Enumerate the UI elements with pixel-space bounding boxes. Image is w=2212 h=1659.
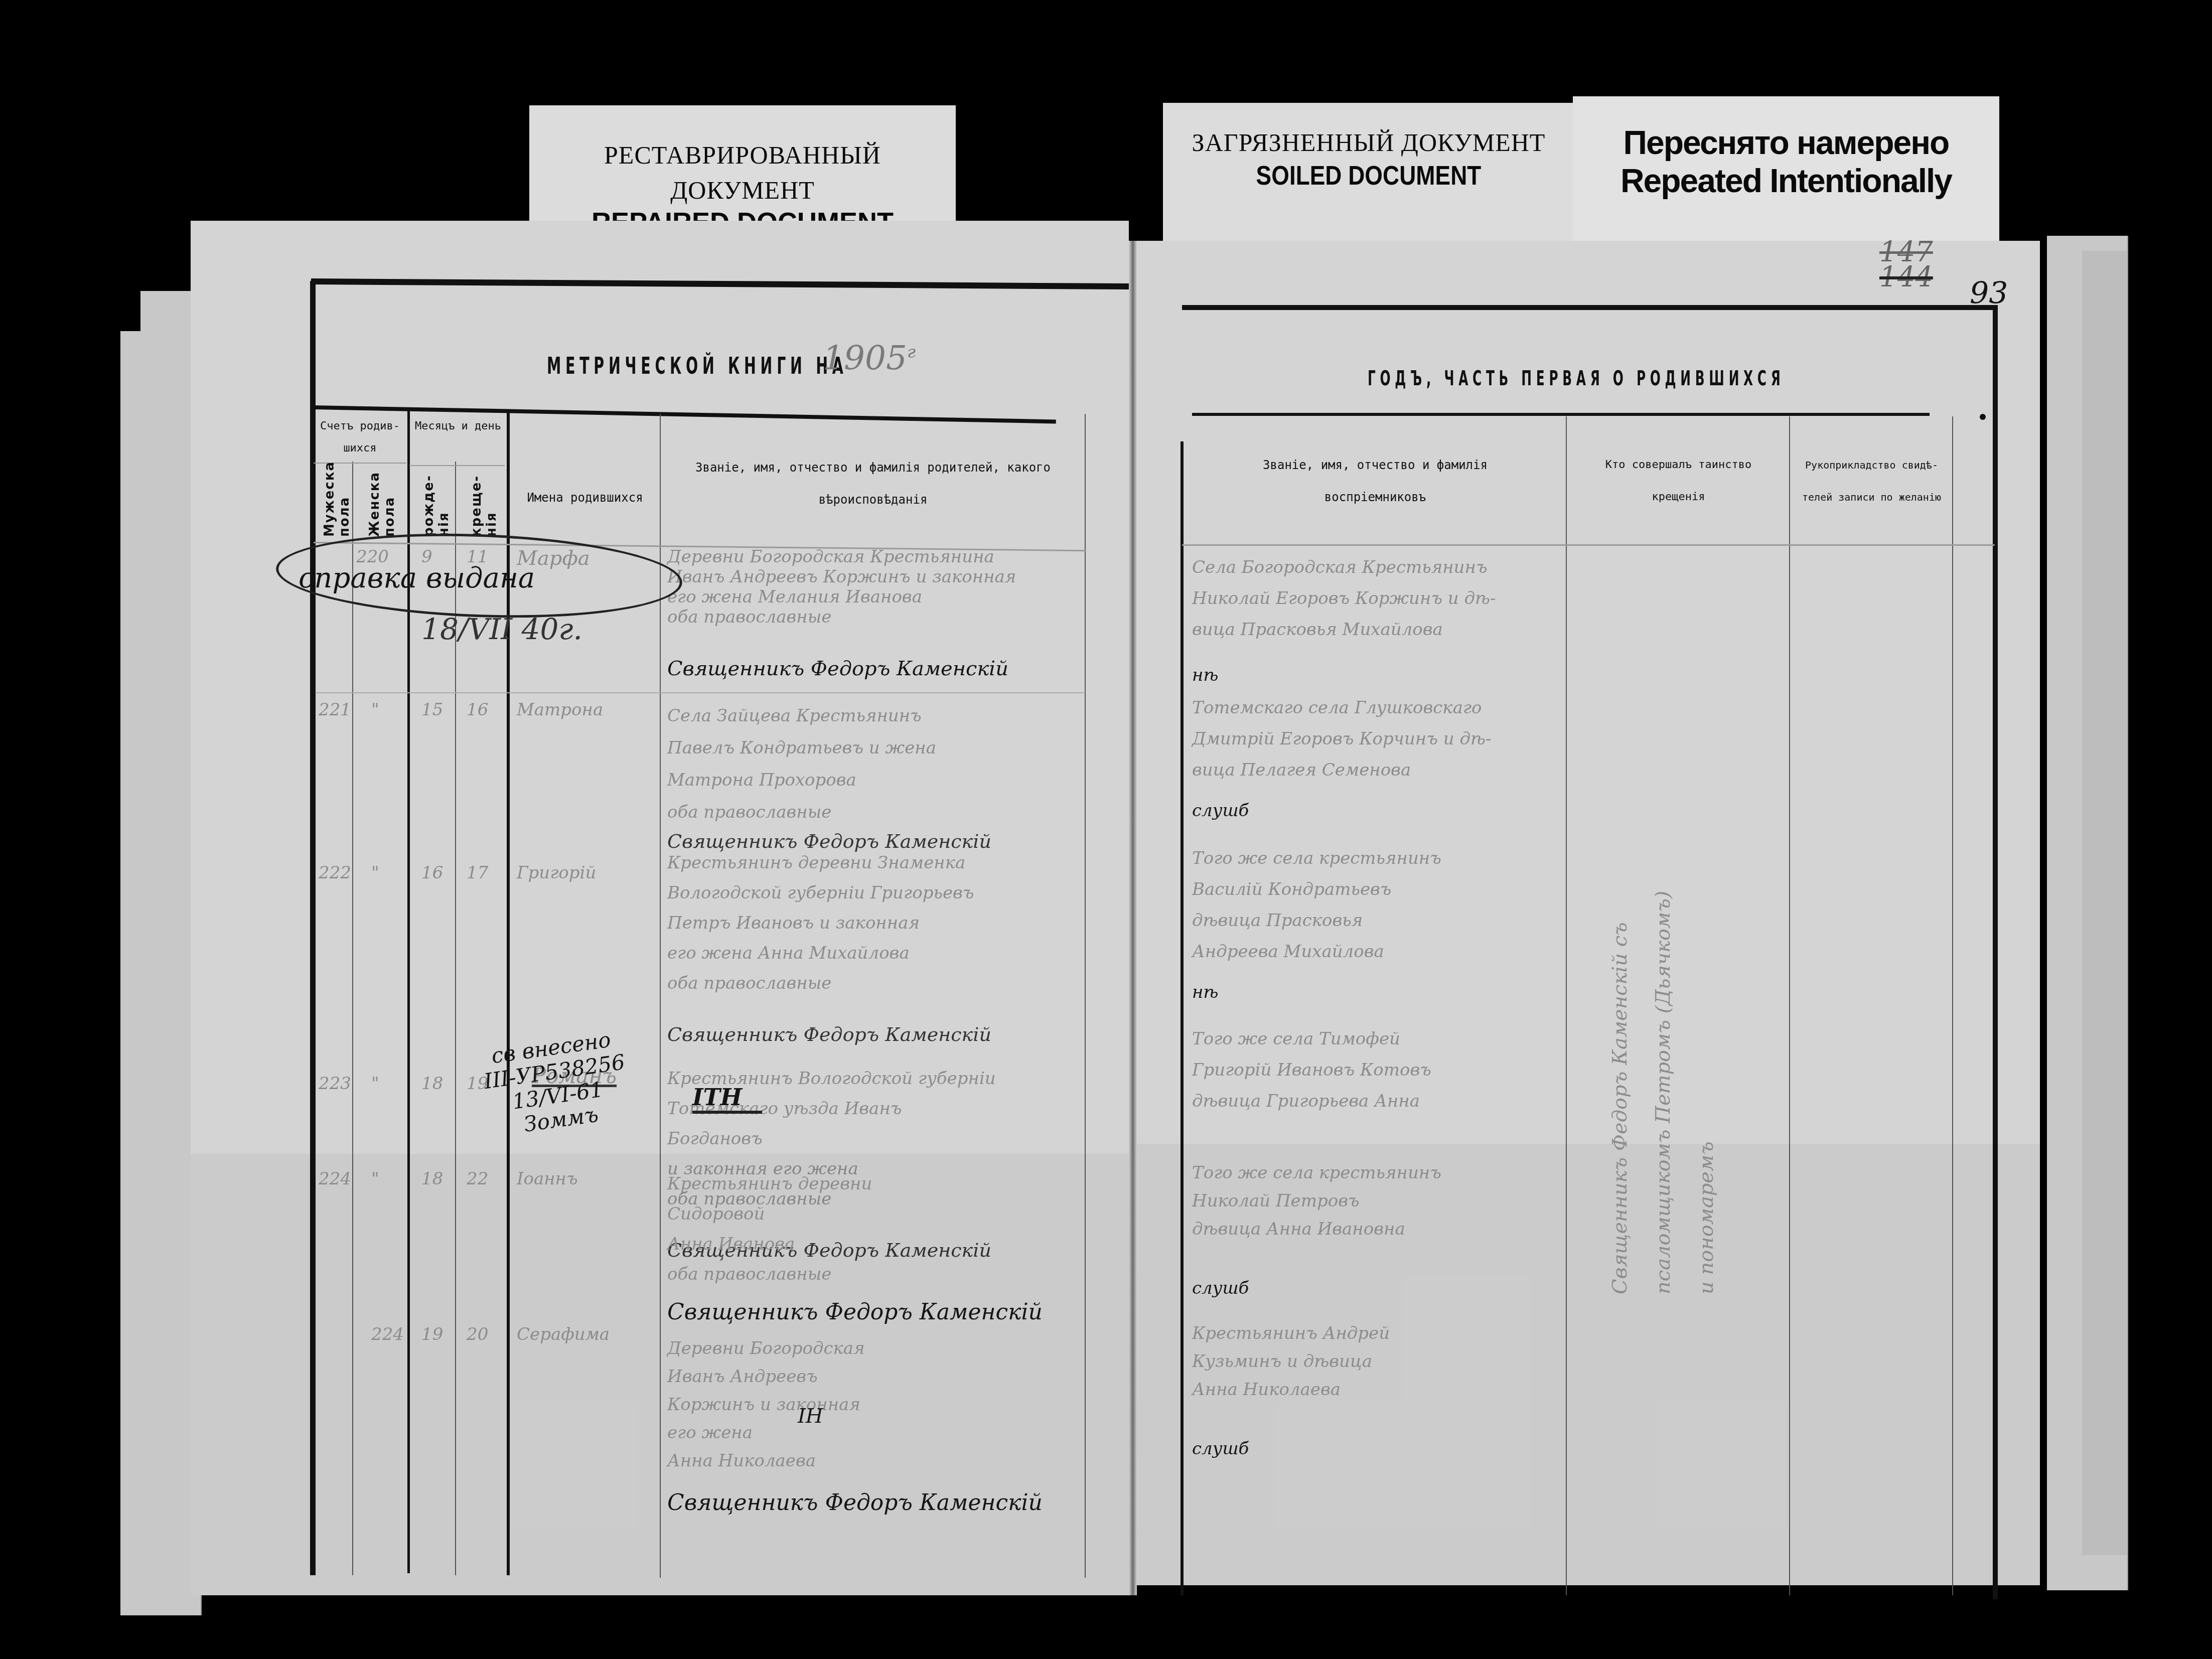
binding-dot: [1980, 414, 1986, 420]
godparents-entry-3: Того же села крестьянинъ Василій Кондрат…: [1192, 843, 1441, 1002]
header-count-male: Мужеска пола: [322, 472, 352, 537]
header-count-group: Счетъ родив-шихся: [314, 415, 406, 460]
entry-2-parents-line4: оба православные: [667, 796, 936, 828]
entry-3-signature: Священникъ Федоръ Каменскій: [667, 1023, 991, 1045]
entry-4-parents-line3: Богдановъ: [667, 1124, 996, 1154]
small-mark: ІН: [798, 1405, 823, 1428]
entry-4-birth: 18: [421, 1074, 443, 1094]
entry-5-parents-line3: Анна Иванова: [667, 1229, 872, 1259]
entry-2-parents-line1: Села Зайцева Крестьянинъ: [667, 700, 936, 732]
repeated-card-en: Repeated Intentionally: [1573, 162, 1999, 200]
entry-2-female-count: ": [371, 700, 379, 720]
godparents-entry-5: Того же села крестьянинъ Николай Петровъ…: [1192, 1159, 1441, 1298]
header-performer-line1: Кто совершалъ таинство: [1567, 449, 1790, 481]
godparents-6-mark: слушб: [1192, 1439, 1390, 1459]
header-godparents-line1: Званіе, имя, отчество и фамилія: [1182, 449, 1568, 481]
godparents-3-line4: Андреева Михайлова: [1192, 936, 1441, 967]
year-value: 1905: [823, 339, 907, 377]
godparents-5-line2: Николай Петровъ: [1192, 1187, 1441, 1215]
entry-4-male-count: 223: [319, 1074, 351, 1094]
entry-2-parents-line3: Матрона Прохорова: [667, 764, 936, 796]
entry-5-name: Іоаннъ: [517, 1169, 578, 1189]
right-title-text: ГОДЪ, ЧАСТЬ ПЕРВАЯ О РОДИВШИХСЯ: [1368, 367, 1785, 390]
header-parents: Званіе, имя, отчество и фамилія родителе…: [662, 451, 1084, 516]
underlined-mark: ІТН: [692, 1084, 762, 1114]
entry-3-parents-line4: его жена Анна Михайлова: [667, 938, 974, 968]
soiled-card-ru: ЗАГРЯЗНЕННЫЙ ДОКУМЕНТ: [1163, 128, 1574, 157]
entry-5-female-count: ": [371, 1169, 379, 1189]
row-rule: [316, 692, 1084, 693]
godparents-1-line3: вица Прасковья Михайлова: [1192, 614, 1496, 645]
entry-4-female-count: ": [371, 1074, 379, 1094]
godparents-4-line1: Того же села Тимофей: [1192, 1023, 1431, 1054]
godparents-entry-4: Того же села Тимофей Григорій Ивановъ Ко…: [1192, 1023, 1431, 1117]
entry-2: 221 " 15 16 Матрона Села Зайцева Крестья…: [316, 700, 1084, 865]
entry-1-parents-line1: Деревни Богородская Крестьянина: [667, 547, 1016, 567]
circled-date: 18/VII 40г.: [421, 612, 582, 646]
circled-note: справка выдана: [299, 562, 535, 594]
entry-1-parents-line3: его жена Мелания Иванова: [667, 587, 1016, 607]
entry-3-parents-line3: Петръ Ивановъ и законная: [667, 908, 974, 938]
repaired-card-ru-line2: ДОКУМЕНТ: [529, 176, 956, 205]
entry-6-parents-line3: Коржинъ и законная: [667, 1391, 865, 1419]
repeated-intentionally-card: Переснято намерено Repeated Intentionall…: [1573, 96, 1999, 252]
godparents-1-line2: Николай Егоровъ Коржинъ и дѣ-: [1192, 583, 1496, 614]
godparents-3-line1: Того же села крестьянинъ: [1192, 843, 1441, 874]
entry-6-female-count: 224: [371, 1324, 404, 1344]
performer-vertical-note: Священникъ Федоръ Каменскій съ псаломщик…: [1608, 542, 1718, 1294]
soiled-card-en: SOILED DOCUMENT: [1194, 160, 1544, 191]
entry-3-parents-line5: оба православные: [667, 968, 974, 998]
vertical-note-line2: псаломщикомъ Петромъ (Дьячкомъ): [1652, 542, 1675, 1294]
godparents-3-mark: нѣ: [1192, 982, 1441, 1002]
right-frame-top: [1182, 305, 1996, 310]
godparents-6-line1: Крестьянинъ Андрей: [1192, 1319, 1390, 1347]
right-page: 147 144 93 ГОДЪ, ЧАСТЬ ПЕРВАЯ О РОДИВШИХ…: [1137, 241, 2040, 1585]
vertical-note-line3: и пономаремъ: [1695, 542, 1718, 1294]
godparents-5-line3: дѣвица Анна Ивановна: [1192, 1215, 1441, 1243]
left-frame-top: [311, 278, 1129, 289]
entry-5-parents-line4: оба православные: [667, 1259, 872, 1289]
entry-5-parents: Крестьянинъ деревни Сидоровой Анна Ивано…: [667, 1169, 872, 1289]
entry-6-birth: 19: [421, 1324, 443, 1344]
entry-3-baptism: 17: [467, 863, 488, 883]
header-parents-line2: вѣроисповѣданія: [662, 484, 1084, 516]
godparents-entry-1: Села Богородская Крестьянинъ Николай Его…: [1192, 552, 1496, 685]
header-performer: Кто совершалъ таинство крещенія: [1567, 449, 1790, 513]
godparents-1-mark: нѣ: [1192, 665, 1496, 685]
godparents-3-line3: дѣвица Прасковья: [1192, 905, 1441, 936]
header-performer-line2: крещенія: [1567, 481, 1790, 513]
godparents-2-line3: вица Пелагея Семенова: [1192, 755, 1491, 786]
godparents-5-line1: Того же села крестьянинъ: [1192, 1159, 1441, 1187]
godparents-4-line2: Григорій Ивановъ Котовъ: [1192, 1054, 1431, 1086]
header-witnesses-line1: Рукоприкладство свидѣ-: [1790, 449, 1953, 481]
entry-3-parents: Крестьянинъ деревни Знаменка Вологодской…: [667, 848, 974, 998]
entry-1-parents: Деревни Богородская Крестьянина Иванъ Ан…: [667, 547, 1016, 627]
entry-2-parents-line2: Павелъ Кондратьевъ и жена: [667, 732, 936, 764]
entry-2-birth: 15: [421, 700, 443, 720]
godparents-entry-6: Крестьянинъ Андрей Кузьминъ и дѣвица Анн…: [1192, 1319, 1390, 1459]
entry-6-signature: Священникъ Федоръ Каменскій: [667, 1490, 1043, 1516]
entry-3-name: Григорій: [517, 863, 596, 883]
entry-6-parents-line4: его жена: [667, 1419, 865, 1447]
left-page: МЕТРИЧЕСКОЙ КНИГИ НА 1905г Счетъ родив-ш…: [191, 221, 1129, 1595]
godparents-3-line2: Василій Кондратьевъ: [1192, 874, 1441, 905]
right-page-title: ГОДЪ, ЧАСТЬ ПЕРВАЯ О РОДИВШИХСЯ: [1368, 367, 2040, 402]
entry-3-parents-line2: Вологодской губерніи Григорьевъ: [667, 878, 974, 908]
folio-struck: 144: [1879, 261, 1933, 293]
entry-3-female-count: ": [371, 863, 379, 883]
entry-2-male-count: 221: [319, 700, 351, 720]
entry-6-parents: Деревни Богородская Иванъ Андреевъ Коржи…: [667, 1334, 865, 1475]
godparents-1-line1: Села Богородская Крестьянинъ: [1192, 552, 1496, 583]
entry-2-name: Матрона: [517, 700, 603, 720]
header-count-female: Женска пола: [367, 472, 397, 537]
header-date-group: Месяцъ и день: [409, 415, 507, 437]
godparents-6-line3: Анна Николаева: [1192, 1376, 1390, 1404]
entry-1-signature: Священникъ Федоръ Каменскій: [667, 657, 1008, 680]
header-witnesses-line2: телей записи по желанію: [1790, 481, 1953, 513]
entry-5-signature: Священникъ Федоръ Каменскій: [667, 1299, 1043, 1325]
subheader-rule-date: [409, 465, 505, 466]
entry-2-parents: Села Зайцева Крестьянинъ Павелъ Кондрать…: [667, 700, 936, 828]
godparents-2-line1: Тотемскаго села Глушковскаго: [1192, 692, 1491, 723]
entry-6-name: Серафима: [517, 1324, 610, 1344]
entry-6-parents-line2: Иванъ Андреевъ: [667, 1363, 865, 1391]
entry-5-male-count: 224: [319, 1169, 351, 1189]
right-header-bottom-rule: [1182, 544, 1995, 546]
entry-6-parents-line1: Деревни Богородская: [667, 1334, 865, 1363]
title-text: МЕТРИЧЕСКОЙ КНИГИ НА: [547, 352, 847, 379]
header-godparents: Званіе, имя, отчество и фамилія воспріем…: [1182, 449, 1568, 513]
godparents-4-line3: дѣвица Григорьева Анна: [1192, 1086, 1431, 1117]
year-suffix: г: [907, 342, 916, 362]
header-date-baptism: креще-нія: [469, 472, 499, 537]
entry-5-baptism: 22: [467, 1169, 488, 1189]
left-page-title: МЕТРИЧЕСКОЙ КНИГИ НА: [547, 352, 1032, 387]
godparents-entry-2: Тотемскаго села Глушковскаго Дмитрій Его…: [1192, 692, 1491, 821]
entry-2-baptism: 16: [467, 700, 488, 720]
entry-5-parents-line2: Сидоровой: [667, 1199, 872, 1229]
header-parents-line1: Званіе, имя, отчество и фамилія родителе…: [662, 451, 1084, 484]
godparents-5-mark: слушб: [1192, 1278, 1441, 1298]
entry-3-male-count: 222: [319, 863, 351, 883]
entry-6-baptism: 20: [467, 1324, 488, 1344]
entry-6: 224 19 20 Серафима Деревни Богородская И…: [316, 1324, 1084, 1535]
entry-3: 222 " 16 17 Григорій Крестьянинъ деревни…: [316, 863, 1084, 1053]
page-stack-right-2: [2082, 251, 2128, 1555]
entry-6-parents-line5: Анна Николаева: [667, 1447, 865, 1475]
year-handwritten: 1905г: [823, 339, 916, 377]
entry-1-parents-line2: Иванъ Андреевъ Коржинъ и законная: [667, 567, 1016, 587]
godparents-2-mark: слушб: [1192, 801, 1491, 821]
vertical-note-line1: Священникъ Федоръ Каменскій съ: [1608, 542, 1632, 1294]
header-godparents-line2: воспріемниковъ: [1182, 481, 1568, 513]
header-witnesses: Рукоприкладство свидѣ- телей записи по ж…: [1790, 449, 1953, 513]
header-names: Имена родившихся: [510, 482, 660, 514]
soiled-document-card: ЗАГРЯЗНЕННЫЙ ДОКУМЕНТ SOILED DOCUMENT: [1163, 103, 1574, 253]
header-date-birth: рожде-нія: [421, 472, 452, 537]
entry-3-parents-line1: Крестьянинъ деревни Знаменка: [667, 848, 974, 878]
margin-annotation: св внесено III-УР538256 13/VI-61 Зоммъ: [479, 1026, 633, 1142]
entry-5-birth: 18: [421, 1169, 443, 1189]
repeated-card-ru: Переснято намерено: [1573, 124, 1999, 162]
book-gutter: [1129, 241, 1137, 1595]
godparents-2-line2: Дмитрій Егоровъ Корчинъ и дѣ-: [1192, 723, 1491, 755]
entry-1-parents-line4: оба православные: [667, 607, 1016, 627]
right-header-top-rule: [1192, 413, 1930, 416]
godparents-6-line2: Кузьминъ и дѣвица: [1192, 1347, 1390, 1376]
entry-5-parents-line1: Крестьянинъ деревни: [667, 1169, 872, 1199]
repaired-card-ru-line1: РЕСТАВРИРОВАННЫЙ: [529, 140, 956, 170]
entry-3-birth: 16: [421, 863, 443, 883]
